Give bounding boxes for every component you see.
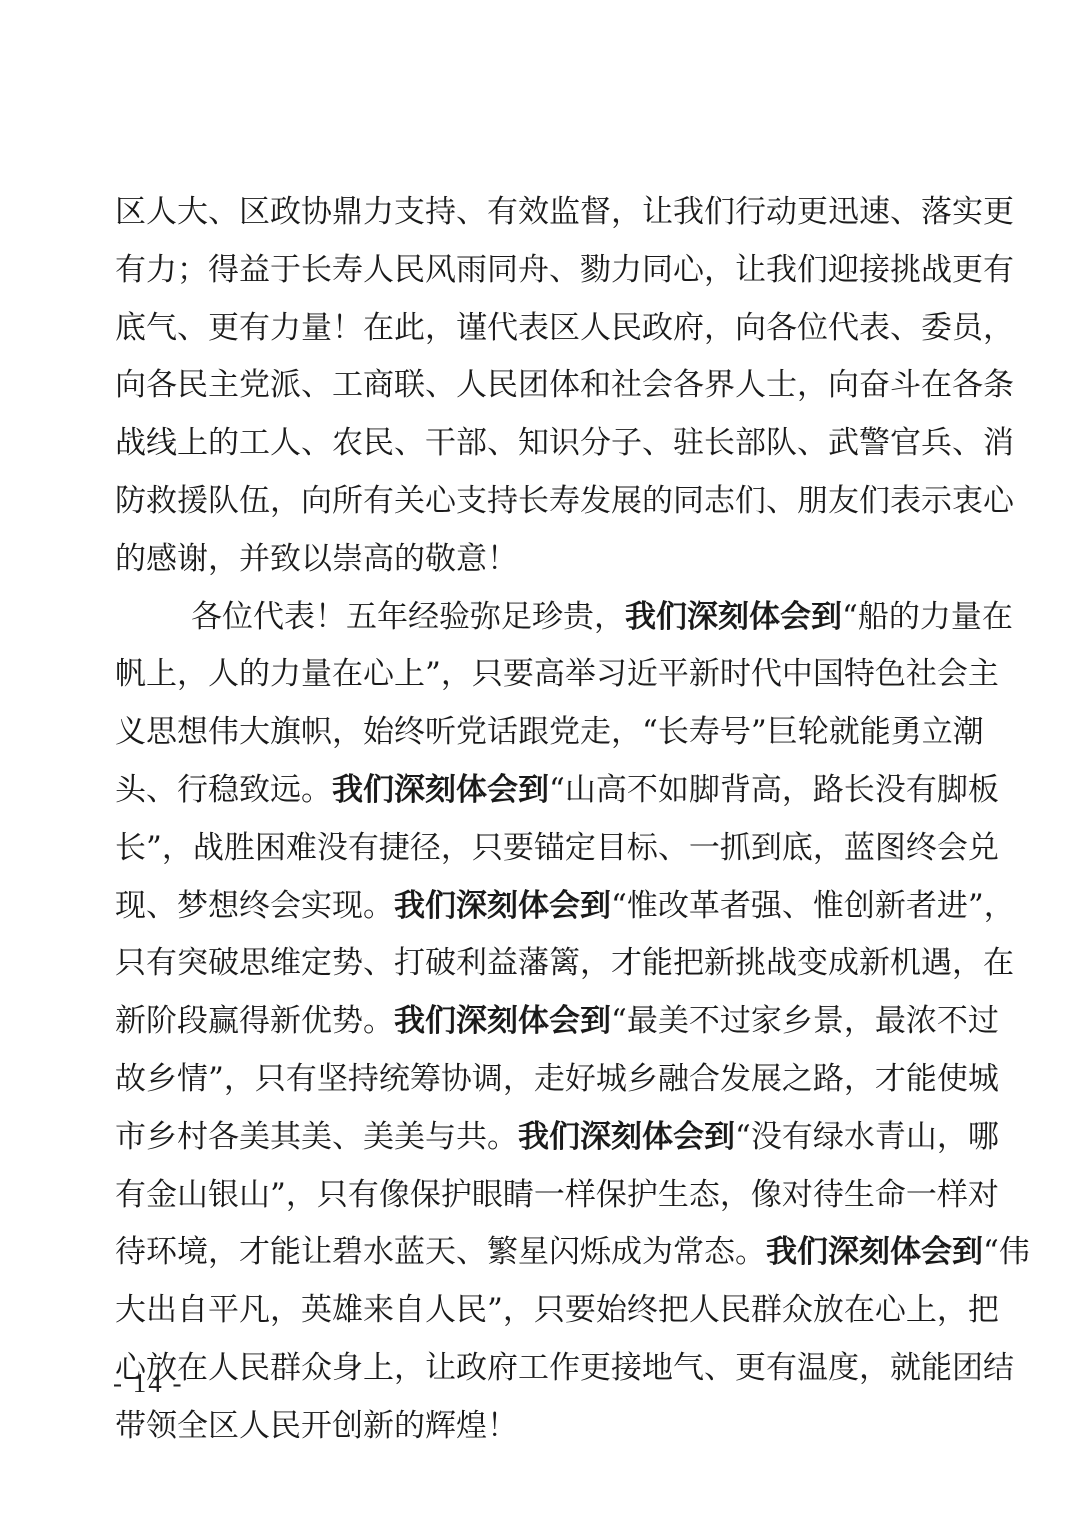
text-run: 现、梦想终会实现。 [115,888,394,924]
text-run: 待环境，才能让碧水蓝天、繁星闪烁成为常态。 [115,1234,766,1270]
body-text: 区人大、区政协鼎力支持、有效监督，让我们行动更迅速、落实更有力；得益于长寿人民风… [115,184,958,1456]
text-line: 义思想伟大旗帜，始终听党话跟党走，“长寿号”巨轮就能勇立潮 [115,704,958,762]
text-run: 底气、更有力量！在此，谨代表区人民政府，向各位代表、委员， [115,310,1014,346]
paragraph: 各位代表！五年经验弥足珍贵，我们深刻体会到“船的力量在帆上，人的力量在心上”，只… [115,589,958,1456]
text-run: “惟改革者强、惟创新者进”， [611,888,1015,924]
text-run: 心放在人民群众身上，让政府工作更接地气、更有温度，就能团结 [115,1350,1014,1386]
text-line: 故乡情”，只有坚持统筹协调，走好城乡融合发展之路，才能使城 [115,1051,958,1109]
text-run: 有金山银山”，只有像保护眼睛一样保护生态，像对待生命一样对 [115,1177,999,1213]
text-run: 各位代表！五年经验弥足珍贵， [191,599,625,635]
text-line: 现、梦想终会实现。我们深刻体会到“惟改革者强、惟创新者进”， [115,878,958,936]
text-line: 帆上，人的力量在心上”，只要高举习近平新时代中国特色社会主 [115,646,958,704]
text-line: 大出自平凡，英雄来自人民”，只要始终把人民群众放在心上，把 [115,1282,958,1340]
text-line: 带领全区人民开创新的辉煌！ [115,1398,958,1456]
text-line: 待环境，才能让碧水蓝天、繁星闪烁成为常态。我们深刻体会到“伟 [115,1224,958,1282]
text-run: 帆上，人的力量在心上”，只要高举习近平新时代中国特色社会主 [115,656,999,692]
text-run: 区人大、区政协鼎力支持、有效监督，让我们行动更迅速、落实更 [115,194,1014,230]
text-run: 的感谢，并致以崇高的敬意！ [115,541,518,577]
text-run: 市乡村各美其美、美美与共。 [115,1119,518,1155]
text-run: 头、行稳致远。 [115,772,332,808]
text-run: 故乡情”，只有坚持统筹协调，走好城乡融合发展之路，才能使城 [115,1061,999,1097]
text-run: “最美不过家乡景，最浓不过 [611,1003,999,1039]
text-run: 带领全区人民开创新的辉煌！ [115,1408,518,1444]
text-line: 市乡村各美其美、美美与共。我们深刻体会到“没有绿水青山，哪 [115,1109,958,1167]
text-line: 战线上的工人、农民、干部、知识分子、驻长部队、武警官兵、消 [115,415,958,473]
bold-phrase: 我们深刻体会到 [625,599,842,635]
document-page: 区人大、区政协鼎力支持、有效监督，让我们行动更迅速、落实更有力；得益于长寿人民风… [0,0,1074,1520]
text-line: 有金山银山”，只有像保护眼睛一样保护生态，像对待生命一样对 [115,1167,958,1225]
text-line: 的感谢，并致以崇高的敬意！ [115,531,958,589]
page-number: - 14 - [113,1363,183,1403]
text-run: “山高不如脚背高，路长没有脚板 [549,772,999,808]
paragraph: 区人大、区政协鼎力支持、有效监督，让我们行动更迅速、落实更有力；得益于长寿人民风… [115,184,958,589]
text-run: 大出自平凡，英雄来自人民”，只要始终把人民群众放在心上，把 [115,1292,999,1328]
bold-phrase: 我们深刻体会到 [394,1003,611,1039]
text-line: 只有突破思维定势、打破利益藩篱，才能把新挑战变成新机遇，在 [115,935,958,993]
text-run: “伟 [983,1234,1030,1270]
text-run: 新阶段赢得新优势。 [115,1003,394,1039]
text-line: 新阶段赢得新优势。我们深刻体会到“最美不过家乡景，最浓不过 [115,993,958,1051]
bold-phrase: 我们深刻体会到 [518,1119,735,1155]
text-line: 区人大、区政协鼎力支持、有效监督，让我们行动更迅速、落实更 [115,184,958,242]
text-run: 长”，战胜困难没有捷径，只要锚定目标、一抓到底，蓝图终会兑 [115,830,999,866]
bold-phrase: 我们深刻体会到 [394,888,611,924]
text-line: 向各民主党派、工商联、人民团体和社会各界人士，向奋斗在各条 [115,357,958,415]
text-line: 有力；得益于长寿人民风雨同舟、勠力同心，让我们迎接挑战更有 [115,242,958,300]
text-line: 底气、更有力量！在此，谨代表区人民政府，向各位代表、委员， [115,300,958,358]
bold-phrase: 我们深刻体会到 [332,772,549,808]
text-run: 有力；得益于长寿人民风雨同舟、勠力同心，让我们迎接挑战更有 [115,252,1014,288]
text-run: 义思想伟大旗帜，始终听党话跟党走，“长寿号”巨轮就能勇立潮 [115,714,984,750]
bold-phrase: 我们深刻体会到 [766,1234,983,1270]
text-run: 防救援队伍，向所有关心支持长寿发展的同志们、朋友们表示衷心 [115,483,1014,519]
text-line: 防救援队伍，向所有关心支持长寿发展的同志们、朋友们表示衷心 [115,473,958,531]
text-run: 向各民主党派、工商联、人民团体和社会各界人士，向奋斗在各条 [115,367,1014,403]
text-run: 战线上的工人、农民、干部、知识分子、驻长部队、武警官兵、消 [115,425,1014,461]
text-run: “船的力量在 [842,599,1013,635]
text-run: “没有绿水青山，哪 [735,1119,999,1155]
text-run: 只有突破思维定势、打破利益藩篱，才能把新挑战变成新机遇，在 [115,945,1014,981]
text-line: 头、行稳致远。我们深刻体会到“山高不如脚背高，路长没有脚板 [115,762,958,820]
text-line: 各位代表！五年经验弥足珍贵，我们深刻体会到“船的力量在 [115,589,958,647]
text-line: 长”，战胜困难没有捷径，只要锚定目标、一抓到底，蓝图终会兑 [115,820,958,878]
text-line: 心放在人民群众身上，让政府工作更接地气、更有温度，就能团结 [115,1340,958,1398]
